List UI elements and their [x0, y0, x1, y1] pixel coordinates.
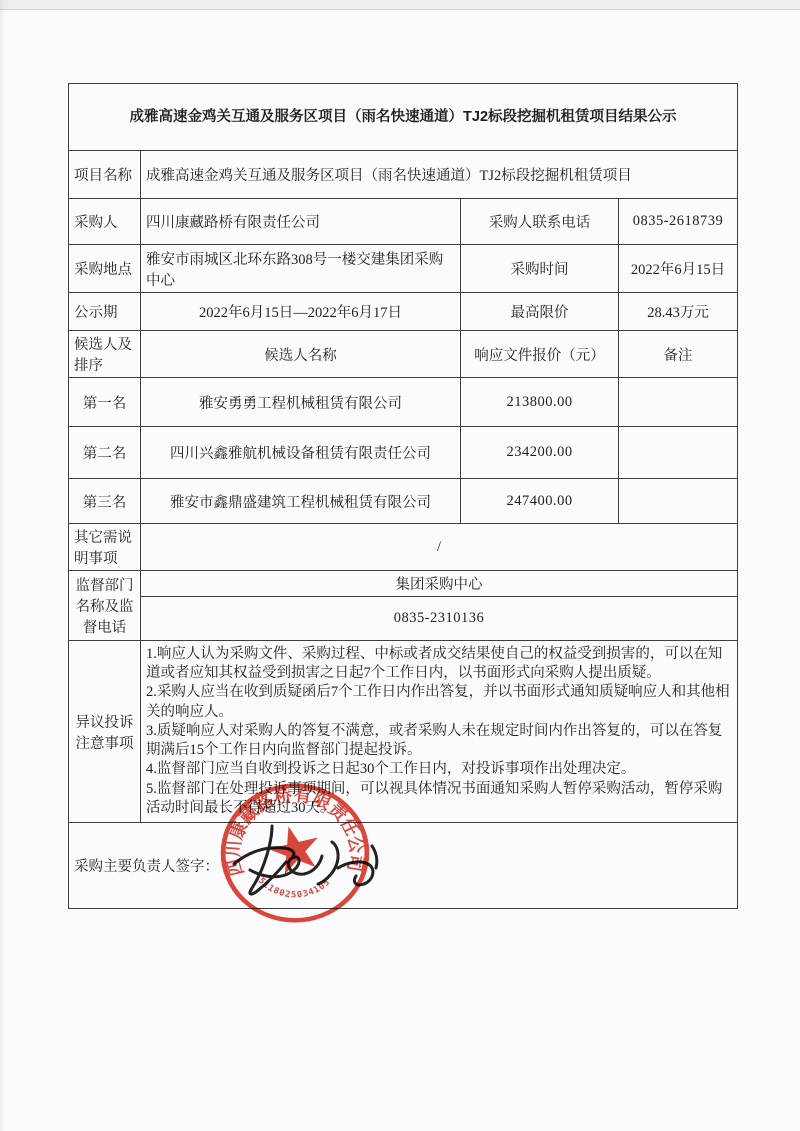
supervision-label: 监督部门名称及监督电话 [69, 571, 141, 641]
candidate-remark [619, 427, 738, 479]
candidate-price: 213800.00 [461, 378, 619, 427]
purchaser-label: 采购人 [69, 199, 141, 245]
location-label: 采购地点 [69, 245, 141, 293]
candidate-price: 247400.00 [461, 479, 619, 524]
candidate-price: 234200.00 [461, 427, 619, 479]
purchase-time-label: 采购时间 [461, 245, 619, 293]
candidate-rank: 第一名 [69, 378, 141, 427]
location-value: 雅安市雨城区北环东路308号一楼交建集团采购中心 [141, 245, 461, 293]
objection-item: 3.质疑响应人对采购人的答复不满意，或者采购人未在规定时间内作出答复的，可以在答… [146, 722, 732, 760]
candidate-name: 雅安勇勇工程机械租赁有限公司 [141, 378, 461, 427]
objection-item: 1.响应人认为采购文件、采购过程、中标或者成交结果使自己的权益受到损害的，可以在… [146, 645, 732, 683]
purchaser-phone-label: 采购人联系电话 [461, 199, 619, 245]
objection-item: 2.采购人应当在收到质疑函后7个工作日内作出答复，并以书面形式通知质疑响应人和其… [146, 683, 732, 721]
publicity-period-value: 2022年6月15日—2022年6月17日 [141, 293, 461, 331]
candidate-remark [619, 378, 738, 427]
other-notes-value: / [141, 524, 738, 571]
table-row: 第一名 雅安勇勇工程机械租赁有限公司 213800.00 [69, 378, 738, 427]
candidate-name: 四川兴鑫雅航机械设备租赁有限责任公司 [141, 427, 461, 479]
purchaser-value: 四川康藏路桥有限责任公司 [141, 199, 461, 245]
table-row: 第二名 四川兴鑫雅航机械设备租赁有限责任公司 234200.00 [69, 427, 738, 479]
signature-label: 采购主要负责人签字： [69, 823, 738, 909]
page-left-edge [0, 0, 6, 1131]
supervision-name-value: 集团采购中心 [141, 571, 738, 597]
project-name-label: 项目名称 [69, 151, 141, 199]
handwritten-signature [226, 812, 398, 908]
candidates-header-price: 响应文件报价（元） [461, 331, 619, 378]
candidates-header-name: 候选人名称 [141, 331, 461, 378]
announcement-table: 成雅高速金鸡关互通及服务区项目（雨名快速通道）TJ2标段挖掘机租赁项目结果公示 … [68, 83, 738, 909]
supervision-phone-value: 0835-2310136 [141, 597, 738, 641]
purchase-time-value: 2022年6月15日 [619, 245, 738, 293]
candidates-header-rank: 候选人及排序 [69, 331, 141, 378]
max-price-value: 28.43万元 [619, 293, 738, 331]
page-top-edge [0, 0, 800, 10]
scanned-page: 成雅高速金鸡关互通及服务区项目（雨名快速通道）TJ2标段挖掘机租赁项目结果公示 … [0, 0, 800, 1131]
max-price-label: 最高限价 [461, 293, 619, 331]
purchaser-phone-value: 0835-2618739 [619, 199, 738, 245]
other-notes-label: 其它需说明事项 [69, 524, 141, 571]
page-title: 成雅高速金鸡关互通及服务区项目（雨名快速通道）TJ2标段挖掘机租赁项目结果公示 [69, 84, 738, 151]
candidate-rank: 第三名 [69, 479, 141, 524]
project-name-value: 成雅高速金鸡关互通及服务区项目（雨名快速通道）TJ2标段挖掘机租赁项目 [141, 151, 738, 199]
candidate-rank: 第二名 [69, 427, 141, 479]
candidates-header-remark: 备注 [619, 331, 738, 378]
candidate-remark [619, 479, 738, 524]
objection-item: 4.监督部门应当自收到投诉之日起30个工作日内，对投诉事项作出处理决定。 [146, 760, 732, 779]
objection-label: 异议投诉注意事项 [69, 641, 141, 823]
candidate-name: 雅安市鑫鼎盛建筑工程机械租赁有限公司 [141, 479, 461, 524]
publicity-period-label: 公示期 [69, 293, 141, 331]
table-row: 第三名 雅安市鑫鼎盛建筑工程机械租赁有限公司 247400.00 [69, 479, 738, 524]
